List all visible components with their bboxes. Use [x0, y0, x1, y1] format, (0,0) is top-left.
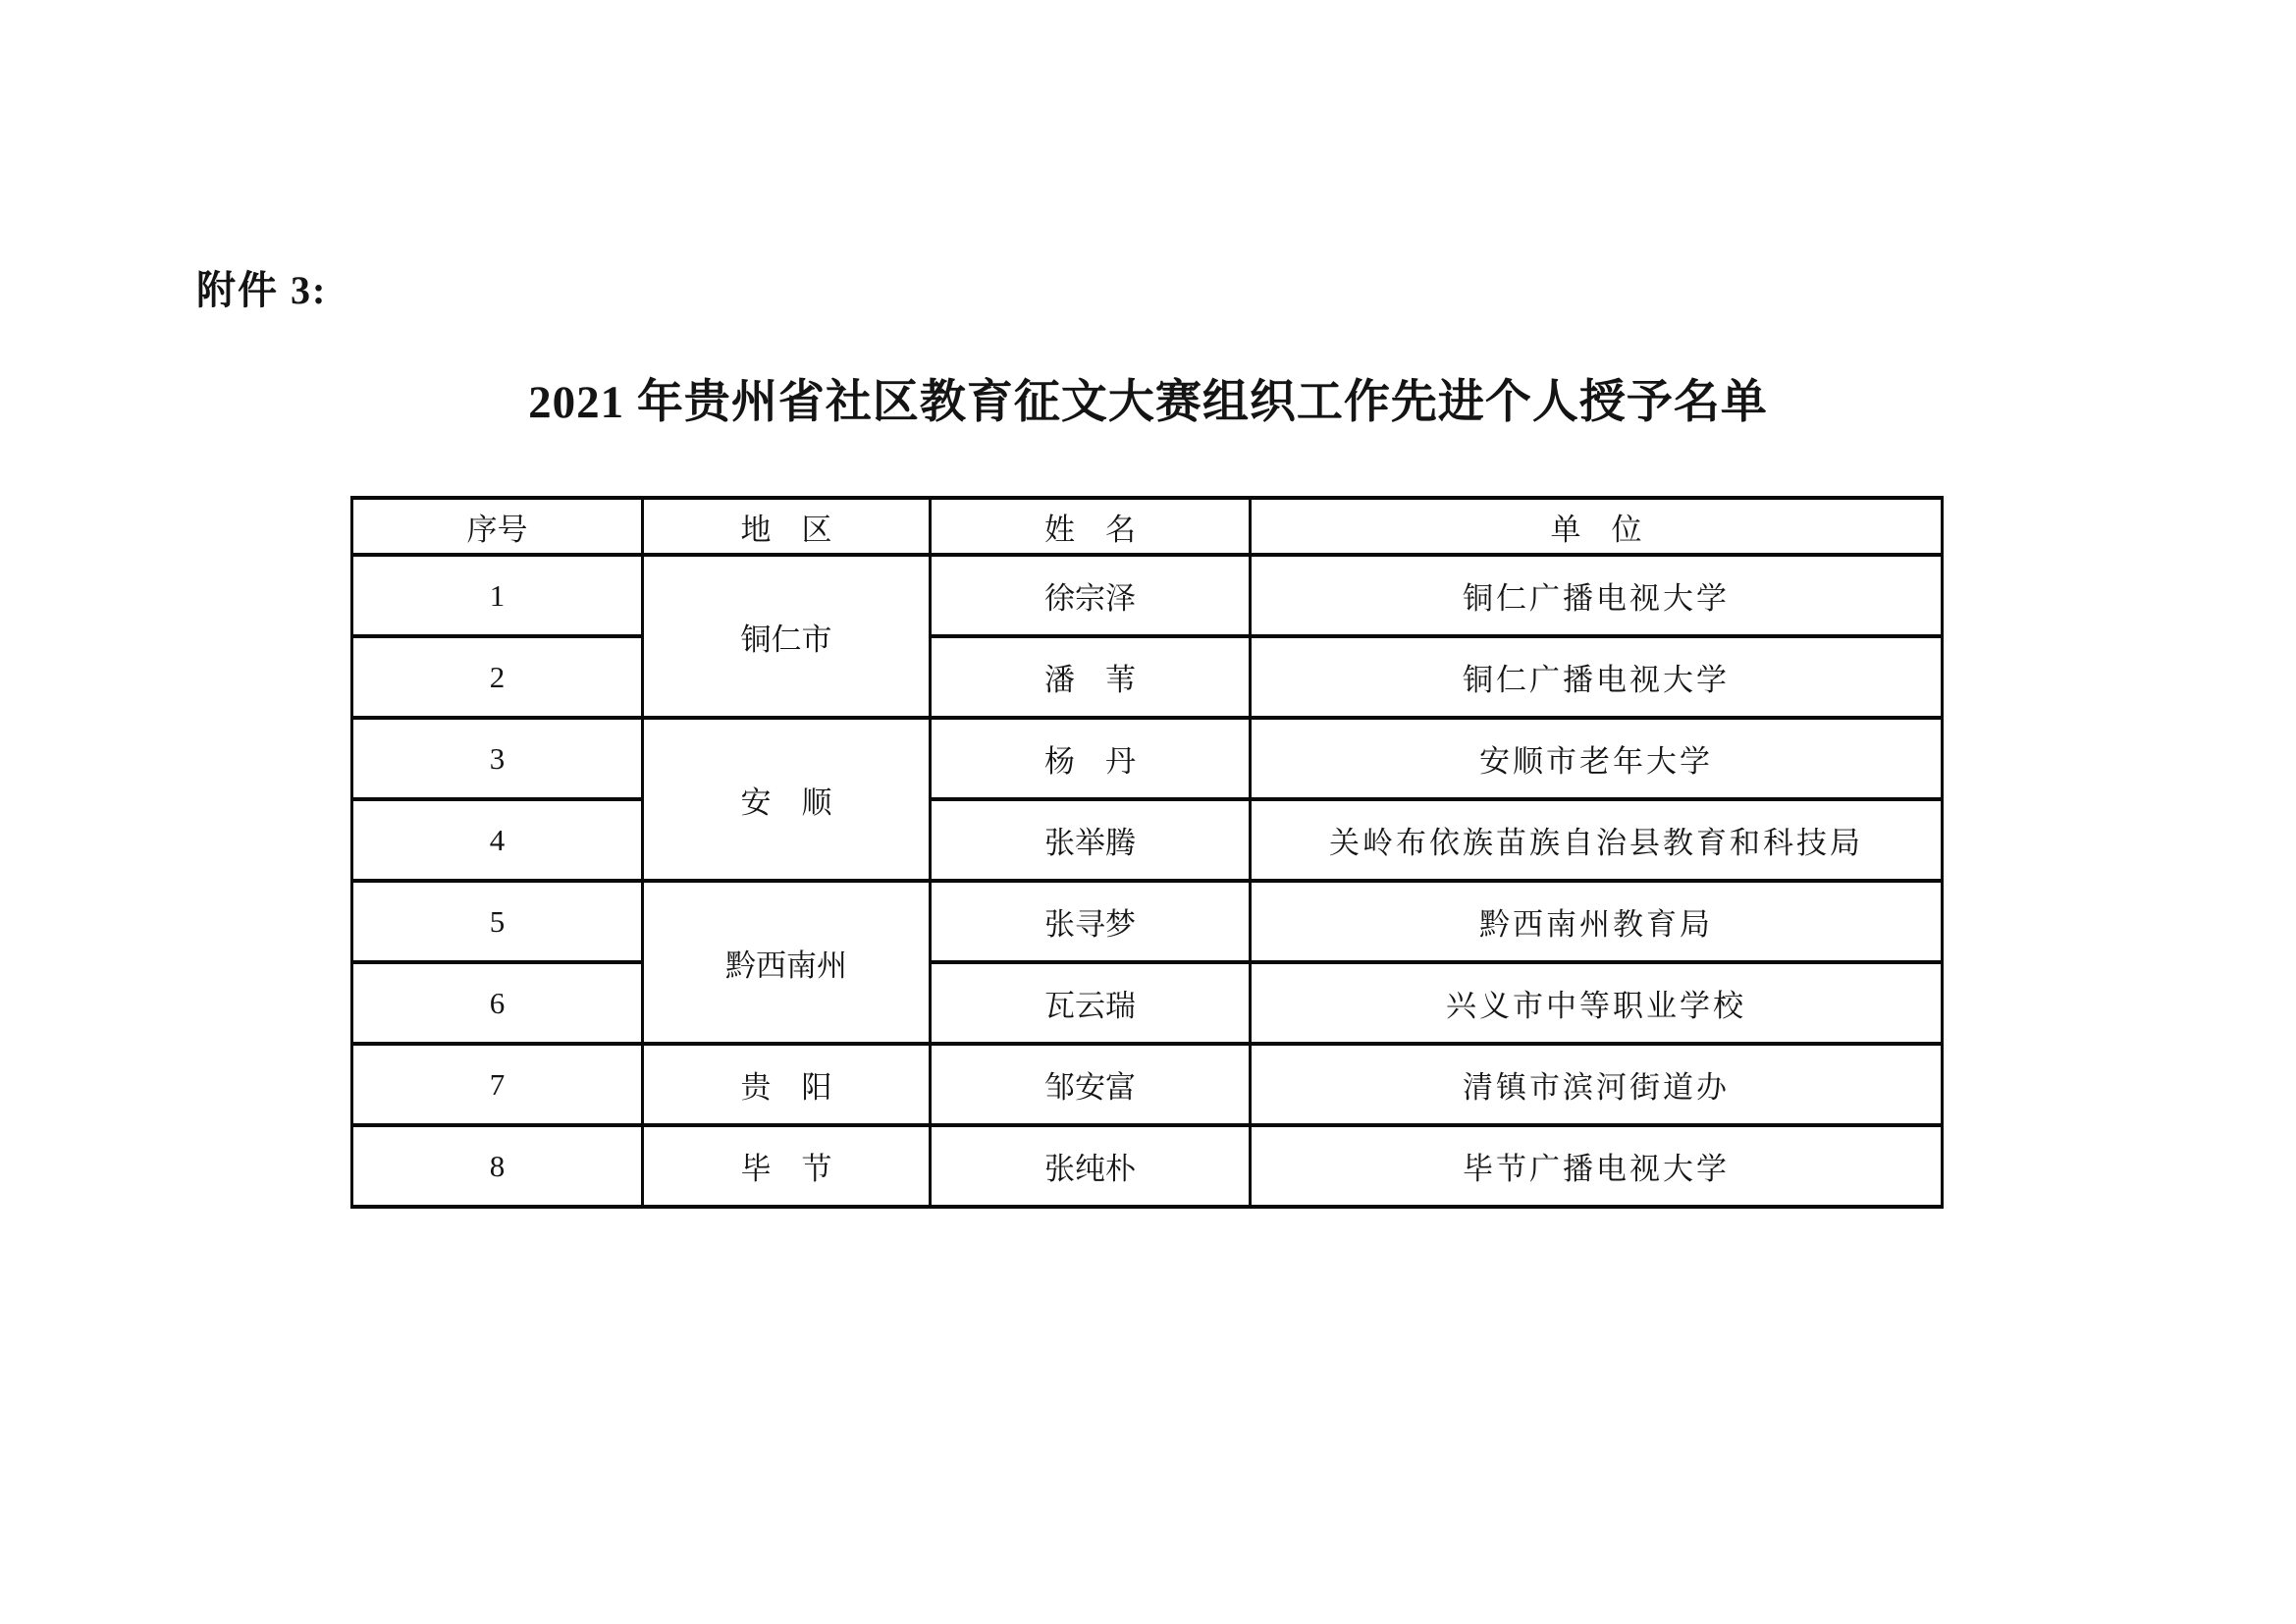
- document-page: 附件 3: 2021 年贵州省社区教育征文大赛组织工作先进个人授予名单 序号 地…: [0, 0, 2296, 1624]
- cell-unit: 黔西南州教育局: [1251, 881, 1943, 962]
- cell-unit: 清镇市滨河街道办: [1251, 1044, 1943, 1125]
- cell-region: 铜仁市: [643, 555, 931, 718]
- cell-region: 安 顺: [643, 718, 931, 881]
- cell-name: 张纯朴: [931, 1125, 1251, 1207]
- cell-unit: 毕节广播电视大学: [1251, 1125, 1943, 1207]
- cell-serial: 3: [352, 718, 643, 799]
- cell-region: 黔西南州: [643, 881, 931, 1044]
- cell-serial: 8: [352, 1125, 643, 1207]
- table-row: 7 贵 阳 邹安富 清镇市滨河街道办: [352, 1044, 1943, 1125]
- attachment-label: 附件 3:: [196, 259, 327, 315]
- cell-name: 张寻梦: [931, 881, 1251, 962]
- table-row: 5 黔西南州 张寻梦 黔西南州教育局: [352, 881, 1943, 962]
- header-cell-name: 姓 名: [931, 498, 1251, 555]
- table-row: 2 潘 苇 铜仁广播电视大学: [352, 636, 1943, 718]
- cell-name: 杨 丹: [931, 718, 1251, 799]
- cell-unit: 铜仁广播电视大学: [1251, 636, 1943, 718]
- table-row: 3 安 顺 杨 丹 安顺市老年大学: [352, 718, 1943, 799]
- cell-name: 徐宗泽: [931, 555, 1251, 636]
- cell-serial: 7: [352, 1044, 643, 1125]
- cell-unit: 兴义市中等职业学校: [1251, 962, 1943, 1044]
- cell-serial: 2: [352, 636, 643, 718]
- document-title: 2021 年贵州省社区教育征文大赛组织工作先进个人授予名单: [0, 365, 2296, 431]
- cell-region: 贵 阳: [643, 1044, 931, 1125]
- cell-name: 邹安富: [931, 1044, 1251, 1125]
- cell-name: 潘 苇: [931, 636, 1251, 718]
- table-row: 4 张举腾 关岭布依族苗族自治县教育和科技局: [352, 799, 1943, 881]
- cell-serial: 5: [352, 881, 643, 962]
- table-row: 6 瓦云瑞 兴义市中等职业学校: [352, 962, 1943, 1044]
- cell-serial: 4: [352, 799, 643, 881]
- cell-serial: 6: [352, 962, 643, 1044]
- header-cell-unit: 单 位: [1251, 498, 1943, 555]
- cell-name: 瓦云瑞: [931, 962, 1251, 1044]
- table-header-row: 序号 地 区 姓 名 单 位: [352, 498, 1943, 555]
- table-row: 8 毕 节 张纯朴 毕节广播电视大学: [352, 1125, 1943, 1207]
- awards-table: 序号 地 区 姓 名 单 位 1 铜仁市 徐宗泽 铜仁广播电视大学 2 潘 苇 …: [350, 496, 1944, 1209]
- cell-unit: 安顺市老年大学: [1251, 718, 1943, 799]
- cell-serial: 1: [352, 555, 643, 636]
- cell-name: 张举腾: [931, 799, 1251, 881]
- cell-unit: 铜仁广播电视大学: [1251, 555, 1943, 636]
- cell-region: 毕 节: [643, 1125, 931, 1207]
- table-row: 1 铜仁市 徐宗泽 铜仁广播电视大学: [352, 555, 1943, 636]
- header-cell-region: 地 区: [643, 498, 931, 555]
- cell-unit: 关岭布依族苗族自治县教育和科技局: [1251, 799, 1943, 881]
- header-cell-serial: 序号: [352, 498, 643, 555]
